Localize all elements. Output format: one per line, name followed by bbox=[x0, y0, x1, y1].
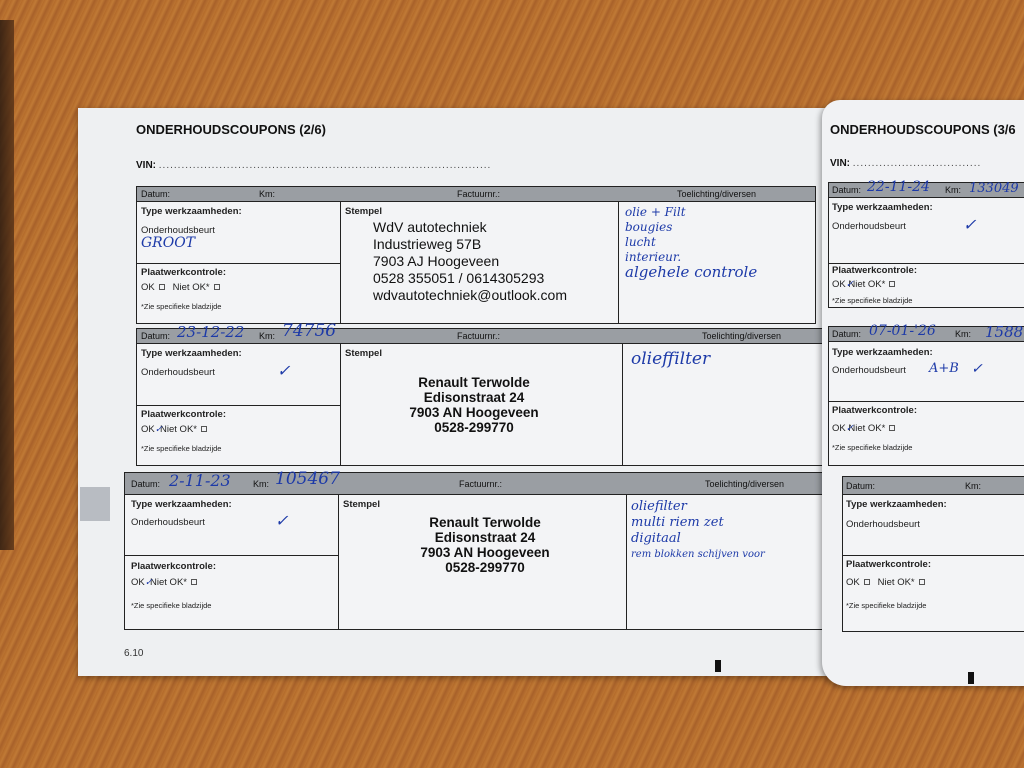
check-icon: ✓ bbox=[971, 361, 983, 377]
niet-ok-checkbox[interactable] bbox=[214, 284, 220, 290]
stamp-renault: Renault Terwolde Edisonstraat 24 7903 AN… bbox=[399, 375, 549, 435]
coupon-6: Datum:Km: Type werkzaamheden: Onderhouds… bbox=[842, 476, 1024, 632]
check-icon: ✓ bbox=[277, 361, 290, 380]
right-page: ONDERHOUDSCOUPONS (3/6 VIN: ............… bbox=[822, 100, 1024, 686]
check-icon: ✓ bbox=[145, 577, 153, 588]
page-tab bbox=[80, 487, 110, 521]
check-icon: ✓ bbox=[963, 215, 976, 234]
stamp-renault: Renault Terwolde Edisonstraat 24 7903 AN… bbox=[405, 515, 565, 575]
check-icon: ✓ bbox=[275, 511, 288, 530]
coupon-3: Datum: Km: Factuurnr.: Toelichting/diver… bbox=[124, 472, 828, 630]
coupon-5: Datum:Km: 07-01-'26 1588 Type werkzaamhe… bbox=[828, 326, 1024, 466]
left-page: ONDERHOUDSCOUPONS (2/6) VIN: ...........… bbox=[78, 108, 828, 676]
coupon-2: Datum: Km: Factuurnr.: Toelichting/diver… bbox=[136, 328, 826, 466]
notes: olie + Filt bougies lucht interieur. alg… bbox=[625, 205, 757, 280]
edge-mark bbox=[715, 660, 721, 672]
coupon-4: Datum:Km: 22-11-24 133049 Type werkzaamh… bbox=[828, 182, 1024, 308]
coupon-header: Datum: Km: Factuurnr.: Toelichting/diver… bbox=[137, 187, 815, 202]
vin-field: VIN: ...................................… bbox=[136, 160, 491, 171]
page-title: ONDERHOUDSCOUPONS (2/6) bbox=[136, 122, 326, 137]
notes: oliefilter multi riem zet digitaal rem b… bbox=[631, 499, 765, 563]
stamp-wdv: WdV autotechniek Industrieweg 57B 7903 A… bbox=[373, 219, 567, 304]
check-icon: ✓ bbox=[846, 279, 854, 290]
ok-checkbox[interactable] bbox=[159, 284, 165, 290]
handwritten-type: GROOT bbox=[141, 235, 195, 251]
check-icon: ✓ bbox=[846, 423, 854, 434]
check-icon: ✓ bbox=[155, 424, 163, 435]
book-shadow bbox=[0, 20, 14, 550]
page-number: 6.10 bbox=[124, 648, 143, 659]
coupon-1: Datum: Km: Factuurnr.: Toelichting/diver… bbox=[136, 186, 816, 324]
edge-mark bbox=[968, 672, 974, 684]
